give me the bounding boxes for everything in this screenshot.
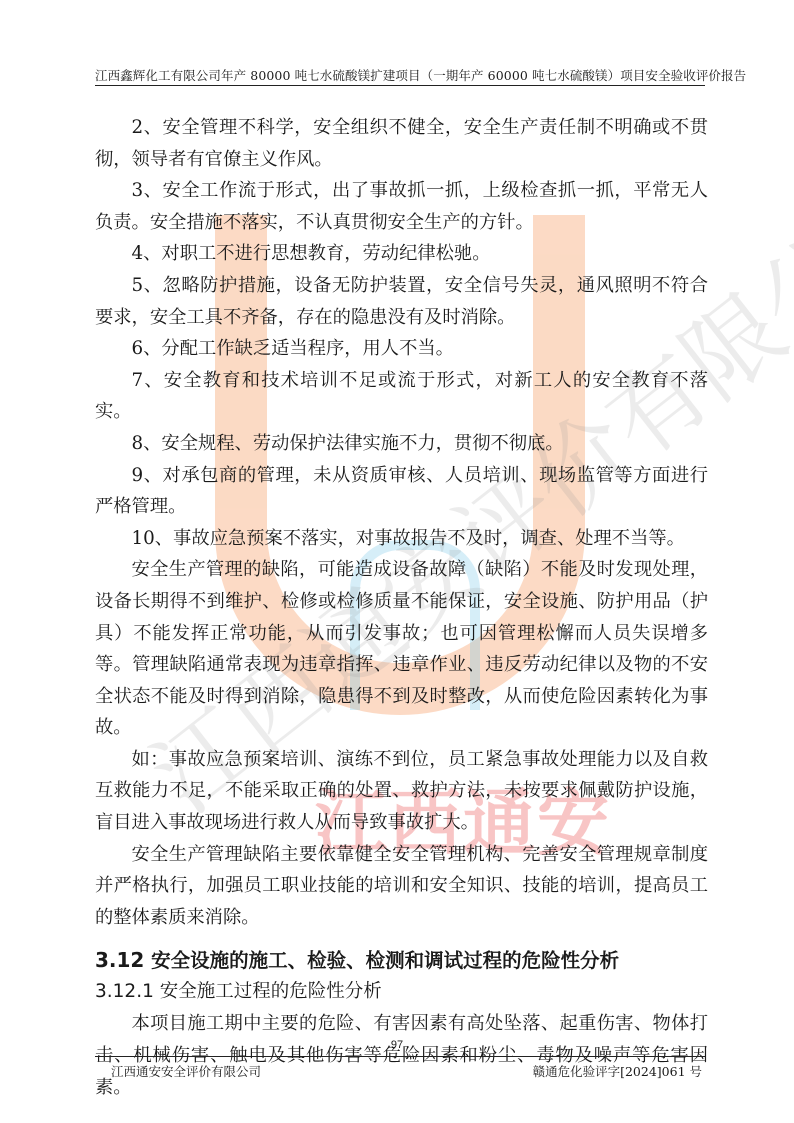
page-header-title: 江西鑫辉化工有限公司年产 80000 吨七水硫酸镁扩建项目（一期年产 60000… bbox=[95, 66, 703, 84]
paragraph-remedy: 安全生产管理缺陷主要依靠健全安全管理机构、完善安全管理规章制度并严格执行，加强员… bbox=[95, 839, 708, 934]
page-number: 97 bbox=[0, 1039, 794, 1051]
paragraph-management-defects: 安全生产管理的缺陷，可能造成设备故障（缺陷）不能及时发现处理，设备长期得不到维护… bbox=[95, 554, 708, 744]
paragraph-item-10: 10、事故应急预案不落实，对事故报告不及时，调查、处理不当等。 bbox=[95, 523, 708, 555]
subsection-title: 安全施工过程的危险性分析 bbox=[160, 981, 382, 1002]
footer-document-code: 赣通危化验评字[2024]061 号 bbox=[533, 1062, 702, 1080]
paragraph-item-2: 2、安全管理不科学，安全组织不健全，安全生产责任制不明确或不贯彻，领导者有官僚主… bbox=[95, 112, 708, 175]
section-number: 3.12 bbox=[95, 948, 144, 972]
paragraph-item-5: 5、忽略防护措施，设备无防护装置，安全信号失灵，通风照明不符合要求，安全工具不齐… bbox=[95, 270, 708, 333]
section-heading-3-12: 3.12 安全设施的施工、检验、检测和调试过程的危险性分析 bbox=[95, 945, 708, 976]
paragraph-item-6: 6、分配工作缺乏适当程序，用人不当。 bbox=[95, 333, 708, 365]
page-body: 2、安全管理不科学，安全组织不健全，安全生产责任制不明确或不贯彻，领导者有官僚主… bbox=[95, 112, 708, 1103]
paragraph-example: 如：事故应急预案培训、演练不到位，员工紧急事故处理能力以及自救互救能力不足，不能… bbox=[95, 744, 708, 839]
paragraph-item-8: 8、安全规程、劳动保护法律实施不力，贯彻不彻底。 bbox=[95, 428, 708, 460]
subsection-heading-3-12-1: 3.12.1 安全施工过程的危险性分析 bbox=[95, 976, 708, 1008]
paragraph-item-4: 4、对职工不进行思想教育，劳动纪律松驰。 bbox=[95, 238, 708, 270]
header-rule bbox=[95, 85, 705, 86]
footer-rule bbox=[95, 1056, 705, 1057]
footer-company: 江西通安安全评价有限公司 bbox=[111, 1062, 261, 1080]
paragraph-item-9: 9、对承包商的管理，未从资质审核、人员培训、现场监管等方面进行严格管理。 bbox=[95, 460, 708, 523]
section-title: 安全设施的施工、检验、检测和调试过程的危险性分析 bbox=[151, 949, 619, 972]
subsection-number: 3.12.1 bbox=[95, 981, 154, 1002]
paragraph-item-7: 7、安全教育和技术培训不足或流于形式，对新工人的安全教育不落实。 bbox=[95, 365, 708, 428]
paragraph-item-3: 3、安全工作流于形式，出了事故抓一抓，上级检查抓一抓，平常无人负责。安全措施不落… bbox=[95, 175, 708, 238]
